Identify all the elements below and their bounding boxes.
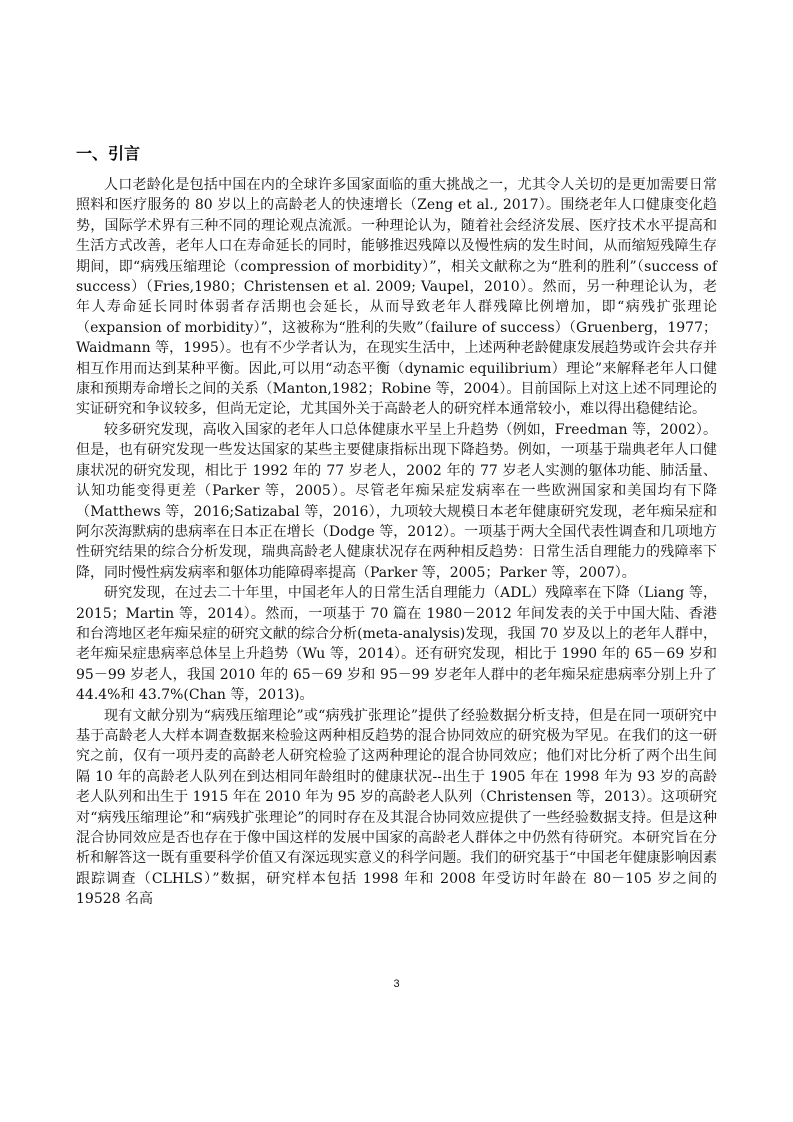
section-heading: 一、引言 [76,141,140,164]
paragraph: 研究发现，在过去二十年里，中国老年人的日常生活自理能力（ADL）残障率在下降（L… [76,583,717,705]
paragraph: 现有文献分别为“病残压缩理论”或“病残扩张理论”提供了经验数据分析支持，但是在同… [76,706,717,910]
paragraph: 人口老龄化是包括中国在内的全球许多国家面临的重大挑战之一，尤其令人关切的是更加需… [76,175,717,420]
paragraph: 较多研究发现，高收入国家的老年人口总体健康水平呈上升趋势（例如，Freedman… [76,420,717,583]
body-text: 人口老龄化是包括中国在内的全球许多国家面临的重大挑战之一，尤其令人关切的是更加需… [76,175,717,910]
page-number: 3 [0,978,793,990]
document-page: 一、引言 人口老龄化是包括中国在内的全球许多国家面临的重大挑战之一，尤其令人关切… [0,0,793,1122]
